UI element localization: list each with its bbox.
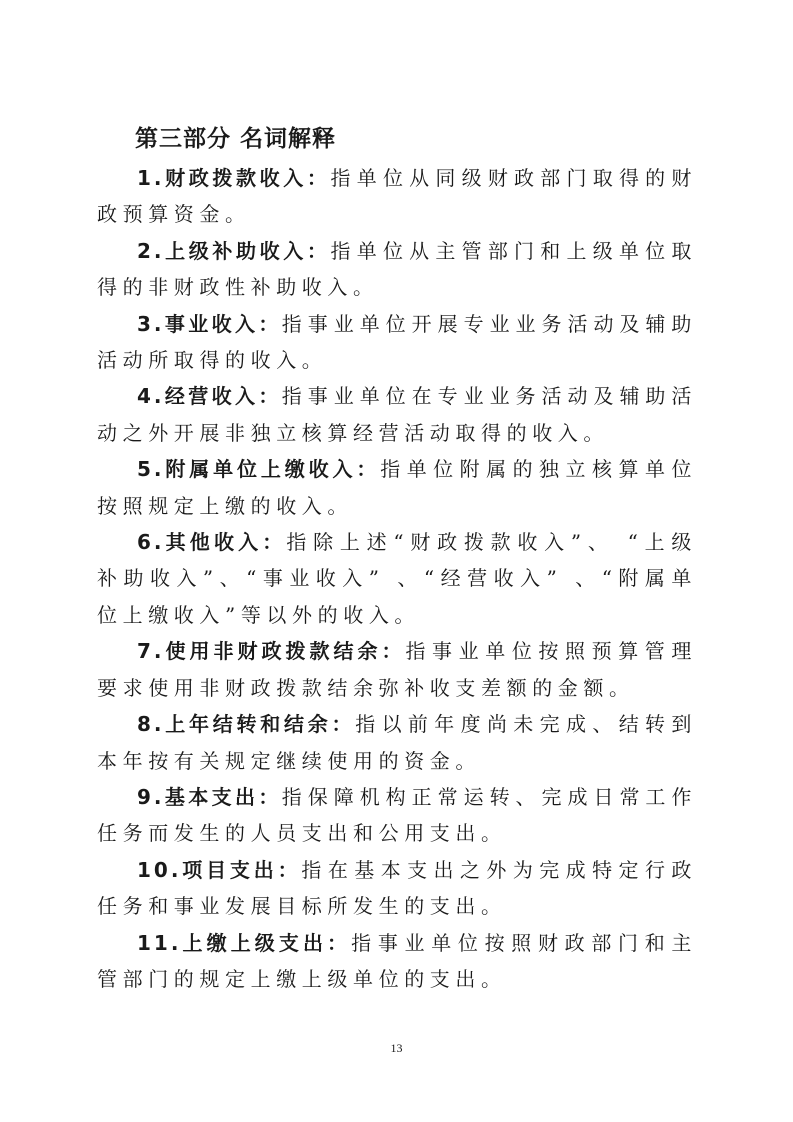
definition-item: 7.使用非财政拨款结余：指事业单位按照预算管理要求使用非财政拨款结余弥补收支差额…: [97, 633, 697, 706]
definitions-list: 1.财政拨款收入：指单位从同级财政部门取得的财政预算资金。 2.上级补助收入：指…: [97, 160, 697, 997]
definition-item: 8.上年结转和结余：指以前年度尚未完成、结转到本年按有关规定继续使用的资金。: [97, 706, 697, 779]
page-number: 13: [0, 1041, 793, 1056]
definition-item: 6.其他收入：指除上述“财政拨款收入”、 “上级补助收入”、“事业收入” 、“经…: [97, 524, 697, 633]
definition-term: 11.上缴上级支出：: [137, 931, 351, 955]
definition-term: 4.经营收入：: [137, 384, 282, 408]
definition-term: 1.财政拨款收入：: [137, 166, 331, 190]
definition-term: 2.上级补助收入：: [137, 239, 331, 263]
definition-item: 5.附属单位上缴收入：指单位附属的独立核算单位按照规定上缴的收入。: [97, 451, 697, 524]
definition-term: 7.使用非财政拨款结余：: [137, 639, 405, 663]
definition-term: 8.上年结转和结余：: [137, 712, 355, 736]
definition-term: 10.项目支出：: [137, 858, 301, 882]
section-title: 第三部分 名词解释: [135, 120, 336, 153]
definition-item: 4.经营收入：指事业单位在专业业务活动及辅助活动之外开展非独立核算经营活动取得的…: [97, 378, 697, 451]
definition-item: 2.上级补助收入：指单位从主管部门和上级单位取得的非财政性补助收入。: [97, 233, 697, 306]
definition-term: 3.事业收入：: [137, 312, 282, 336]
definition-item: 11.上缴上级支出：指事业单位按照财政部门和主管部门的规定上缴上级单位的支出。: [97, 925, 697, 998]
definition-item: 10.项目支出：指在基本支出之外为完成特定行政任务和事业发展目标所发生的支出。: [97, 852, 697, 925]
definition-term: 5.附属单位上缴收入：: [137, 457, 380, 481]
definition-item: 1.财政拨款收入：指单位从同级财政部门取得的财政预算资金。: [97, 160, 697, 233]
definition-term: 9.基本支出：: [137, 785, 282, 809]
document-page: 第三部分 名词解释 1.财政拨款收入：指单位从同级财政部门取得的财政预算资金。 …: [0, 0, 793, 1122]
definition-term: 6.其他收入：: [137, 530, 286, 554]
definition-item: 3.事业收入：指事业单位开展专业业务活动及辅助活动所取得的收入。: [97, 306, 697, 379]
definition-item: 9.基本支出：指保障机构正常运转、完成日常工作任务而发生的人员支出和公用支出。: [97, 779, 697, 852]
